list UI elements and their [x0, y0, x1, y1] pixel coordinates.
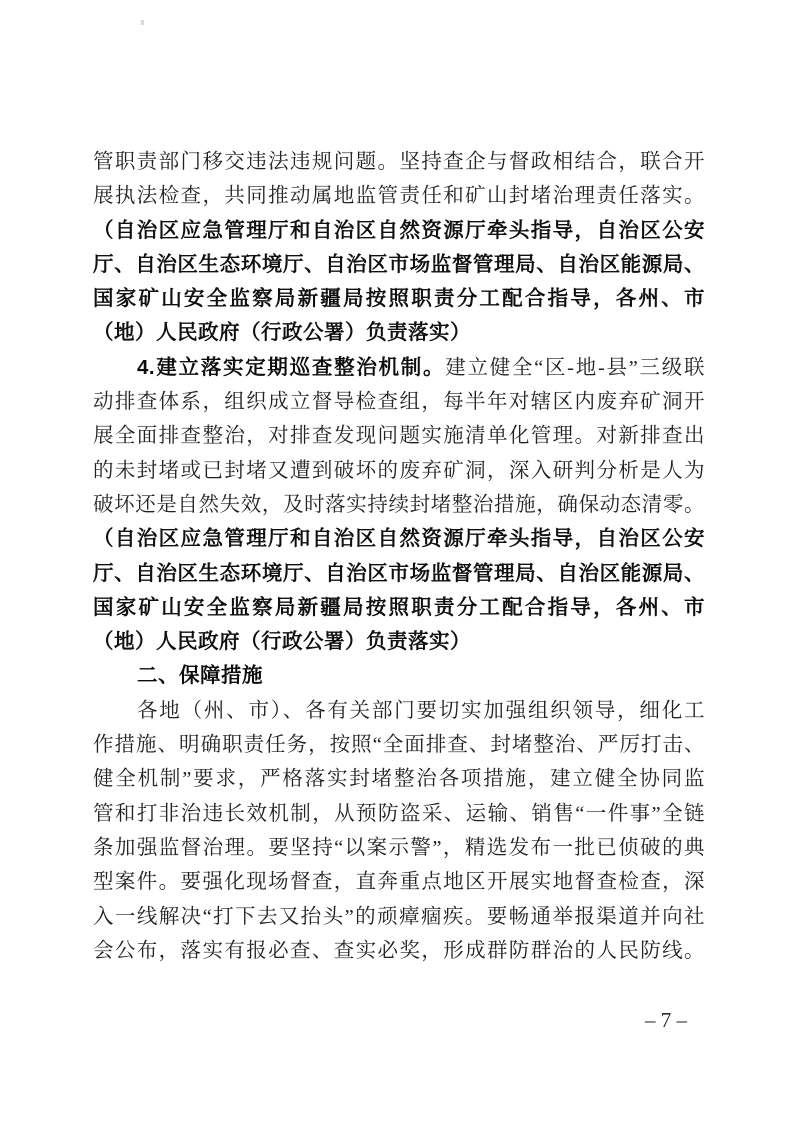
text-line: 条加强监督治理。要坚持“以案示警”，精选发布一批已侦破的典 — [93, 831, 705, 865]
text-segment: 展执法检查，共同推动属地监管责任和矿山封堵治理责任落实。 — [93, 185, 705, 207]
text-line: （地）人民政府（行政公署）负责落实） — [93, 316, 705, 350]
text-line: 入一线解决“打下去又抬头”的顽瘴痼疾。要畅通举报渠道并向社 — [93, 900, 705, 934]
text-segment: 管职责部门移交违法违规问题。坚持查企与督政相结合，联合开 — [93, 151, 705, 173]
text-line: 各地（州、市）、各有关部门要切实加强组织领导，细化工 — [93, 694, 705, 728]
text-segment: 条加强监督治理。要坚持“以案示警”，精选发布一批已侦破的典 — [93, 837, 705, 859]
text-segment: 的未封堵或已封堵又遭到破坏的废弃矿洞，深入研判分析是人为 — [93, 460, 705, 482]
page-number: – 7 – — [645, 1008, 715, 1033]
text-line: 4.建立落实定期巡查整治机制。建立健全“区-地-县”三级联 — [93, 351, 705, 385]
text-line: 会公布，落实有报必查、查实必奖，形成群防群治的人民防线。 — [93, 934, 705, 968]
text-segment: （地）人民政府（行政公署）负责落实） — [93, 631, 471, 653]
text-line: 的未封堵或已封堵又遭到破坏的废弃矿洞，深入研判分析是人为 — [93, 454, 705, 488]
text-segment: 展全面排查整治，对排查发现问题实施清单化管理。对新排查出 — [93, 425, 705, 447]
text-segment: 厅、自治区生态环境厅、自治区市场监督管理局、自治区能源局、 — [93, 254, 705, 276]
text-segment: 二、保障措施 — [137, 664, 263, 687]
text-line: 管和打非治违长效机制，从预防盗采、运输、销售“一件事”全链 — [93, 797, 705, 831]
text-line: 破坏还是自然失效，及时落实持续封堵整治措施，确保动态清零。 — [93, 488, 705, 522]
text-segment: （自治区应急管理厅和自治区自然资源厅牵头指导，自治区公安 — [93, 220, 705, 242]
text-line: 作措施、明确职责任务，按照“全面排查、封堵整治、严厉打击、 — [93, 728, 705, 762]
text-line: 展执法检查，共同推动属地监管责任和矿山封堵治理责任落实。 — [93, 179, 705, 213]
text-line: 厅、自治区生态环境厅、自治区市场监督管理局、自治区能源局、 — [93, 557, 705, 591]
text-line: 管职责部门移交违法违规问题。坚持查企与督政相结合，联合开 — [93, 145, 705, 179]
text-segment: 动排查体系，组织成立督导检查组，每半年对辖区内废弃矿洞开 — [93, 391, 705, 413]
text-segment: 建立健全“区-地-县”三级联 — [445, 357, 705, 379]
text-segment: 厅、自治区生态环境厅、自治区市场监督管理局、自治区能源局、 — [93, 563, 705, 585]
text-segment: 管和打非治违长效机制，从预防盗采、运输、销售“一件事”全链 — [93, 803, 705, 825]
text-segment: 入一线解决“打下去又抬头”的顽瘴痼疾。要畅通举报渠道并向社 — [93, 906, 705, 928]
text-segment: 健全机制”要求，严格落实封堵整治各项措施，建立健全协同监 — [93, 768, 705, 790]
text-line: 国家矿山安全监察局新疆局按照职责分工配合指导，各州、市 — [93, 282, 705, 316]
document-body: 管职责部门移交违法违规问题。坚持查企与督政相结合，联合开展执法检查，共同推动属地… — [93, 145, 705, 968]
text-segment: 各地（州、市）、各有关部门要切实加强组织领导，细化工 — [137, 700, 705, 722]
text-line: 型案件。要强化现场督查，直奔重点地区开展实地督查检查，深 — [93, 865, 705, 899]
text-segment: （自治区应急管理厅和自治区自然资源厅牵头指导，自治区公安 — [93, 528, 705, 550]
text-line: （地）人民政府（行政公署）负责落实） — [93, 625, 705, 659]
text-line: 健全机制”要求，严格落实封堵整治各项措施，建立健全协同监 — [93, 762, 705, 796]
text-line: 厅、自治区生态环境厅、自治区市场监督管理局、自治区能源局、 — [93, 248, 705, 282]
text-segment: 国家矿山安全监察局新疆局按照职责分工配合指导，各州、市 — [93, 288, 705, 310]
text-segment: 型案件。要强化现场督查，直奔重点地区开展实地督查检查，深 — [93, 871, 705, 893]
text-segment: 会公布，落实有报必查、查实必奖，形成群防群治的人民防线。 — [93, 940, 705, 962]
text-segment: 作措施、明确职责任务，按照“全面排查、封堵整治、严厉打击、 — [93, 734, 705, 756]
text-line: 动排查体系，组织成立督导检查组，每半年对辖区内废弃矿洞开 — [93, 385, 705, 419]
text-line: 二、保障措施 — [93, 659, 705, 693]
text-segment: 国家矿山安全监察局新疆局按照职责分工配合指导，各州、市 — [93, 597, 705, 619]
text-line: （自治区应急管理厅和自治区自然资源厅牵头指导，自治区公安 — [93, 214, 705, 248]
document-page: 管职责部门移交违法违规问题。坚持查企与督政相结合，联合开展执法检查，共同推动属地… — [0, 0, 793, 1121]
text-line: 展全面排查整治，对排查发现问题实施清单化管理。对新排查出 — [93, 419, 705, 453]
text-segment: （地）人民政府（行政公署）负责落实） — [93, 322, 471, 344]
text-line: （自治区应急管理厅和自治区自然资源厅牵头指导，自治区公安 — [93, 522, 705, 556]
text-line: 国家矿山安全监察局新疆局按照职责分工配合指导，各州、市 — [93, 591, 705, 625]
scan-speck-artifact — [141, 20, 144, 25]
text-segment: 破坏还是自然失效，及时落实持续封堵整治措施，确保动态清零。 — [93, 494, 705, 516]
text-segment: 4.建立落实定期巡查整治机制。 — [137, 356, 445, 379]
